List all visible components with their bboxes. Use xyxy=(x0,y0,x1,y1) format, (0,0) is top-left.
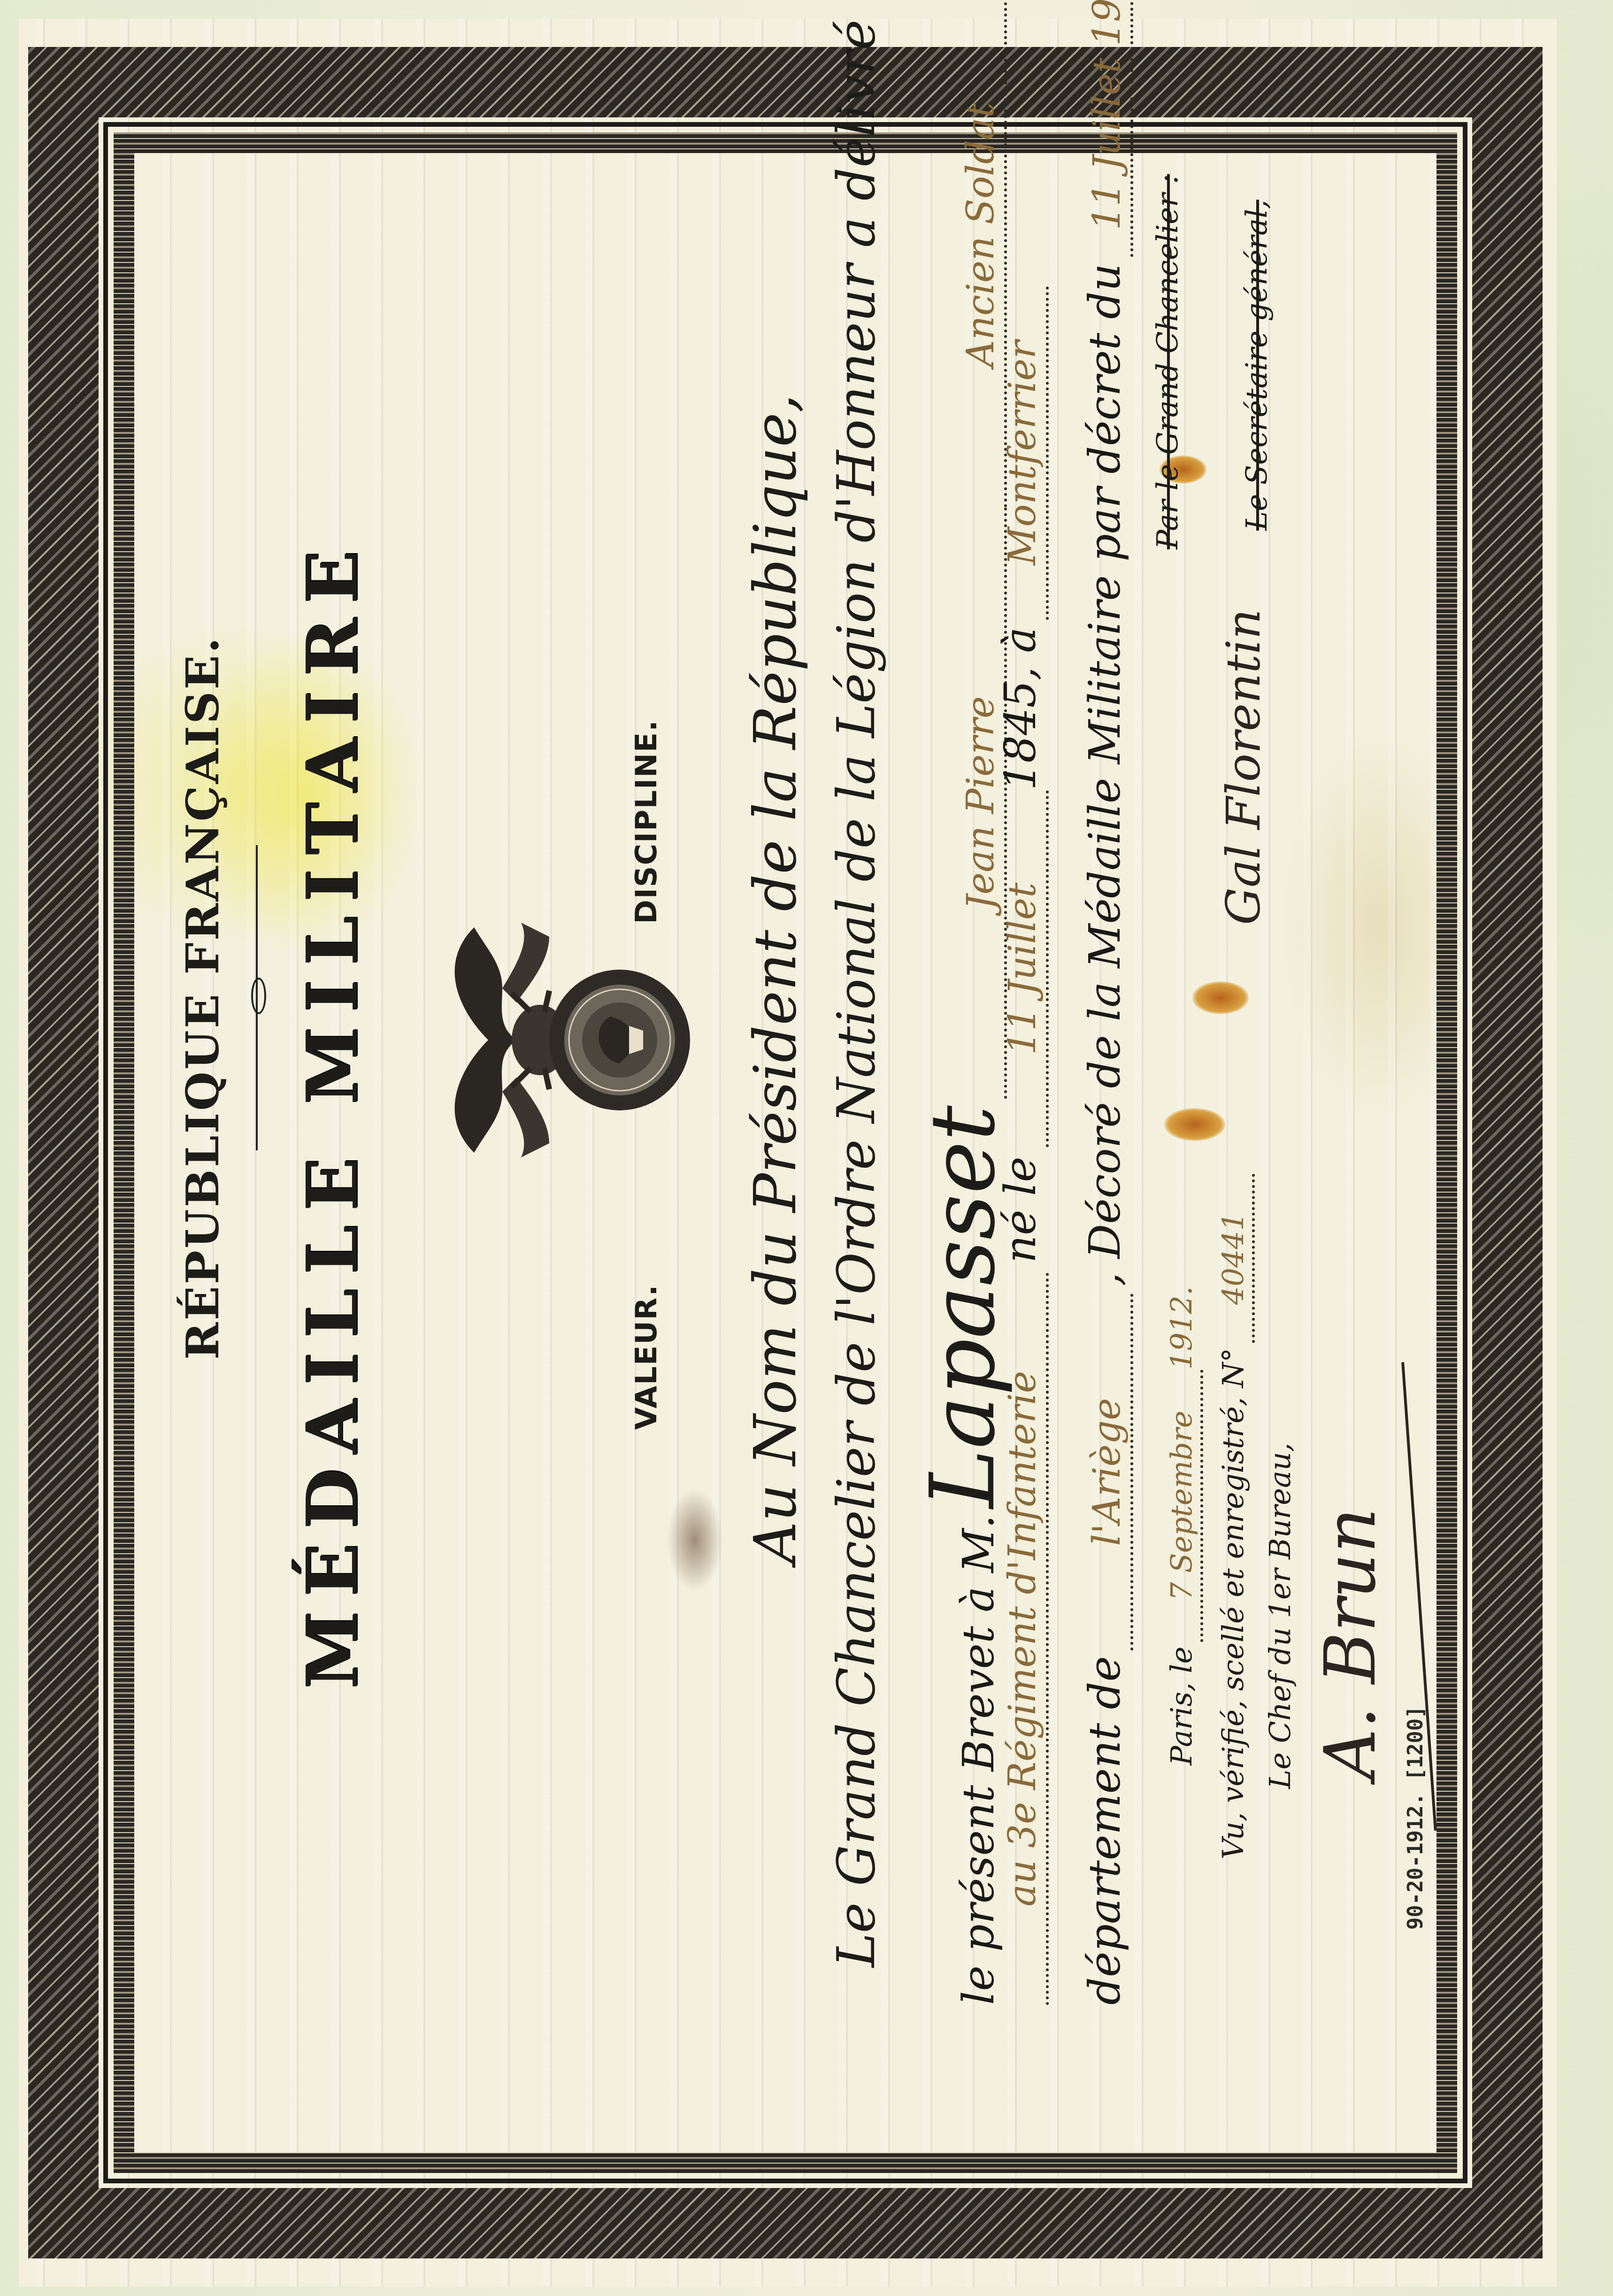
birth-year: 1845 xyxy=(995,680,1045,790)
medal-emblem-icon xyxy=(408,894,699,1186)
decoration-text: , Décoré de la Médaille Militaire par dé… xyxy=(1080,263,1130,1286)
secretary-label: Le Secrétaire général, xyxy=(1239,200,1274,531)
bureau-signature: A. Brun xyxy=(1310,1508,1391,1780)
chancellor-label: Par le Grand Chancelier : xyxy=(1150,174,1184,549)
department: l'Ariège xyxy=(1085,1294,1133,1650)
place-label: Paris, le xyxy=(1164,1647,1198,1765)
decree-date: 11 Juillet 1912 xyxy=(1085,0,1133,257)
secretary-signature: Gal Florentin xyxy=(1216,609,1271,925)
born-label: né le xyxy=(995,1156,1045,1263)
birthplace: Montferrier xyxy=(1000,286,1049,620)
at-label: , à xyxy=(995,627,1045,680)
birth-day-month: 11 Juillet xyxy=(1000,790,1049,1147)
issue-date: 7 Septembre xyxy=(1164,1370,1203,1642)
bureau-label: Le Chef du 1er Bureau, xyxy=(1263,1442,1297,1789)
registration-line: Vu, vérifié, scellé et enregistré, N° 40… xyxy=(1216,1174,1255,1859)
rust-stain xyxy=(1192,981,1249,1014)
issue-year: 1912. xyxy=(1164,1286,1198,1370)
grand-chancellor-line: Le Grand Chancelier de l'Ordre National … xyxy=(826,20,886,1967)
invocation-line: Au Nom du Président de la République, xyxy=(742,394,809,1564)
republic-heading: RÉPUBLIQUE FRANÇAISE. xyxy=(176,636,229,1360)
registration-number: 40441 xyxy=(1216,1174,1255,1343)
certificate: RÉPUBLIQUE FRANÇAISE. MÉDAILLE MILITAIRE… xyxy=(0,0,1613,2296)
decoration-line: département de l'Ariège , Décoré de la M… xyxy=(1080,0,1133,2005)
motto-valeur: VALEUR. xyxy=(629,1284,663,1430)
place-date-line: Paris, le 7 Septembre 1912. xyxy=(1164,1286,1203,1765)
regiment: au 3e Régiment d'Infanterie xyxy=(1000,1272,1049,2005)
rust-stain xyxy=(1164,1108,1225,1141)
dirt-stain xyxy=(667,1488,723,1592)
department-label: département de xyxy=(1080,1656,1130,2005)
birth-line: au 3e Régiment d'Infanterie né le 11 Jui… xyxy=(995,286,1049,2005)
ornamental-rule xyxy=(256,845,258,1150)
registration-label: Vu, vérifié, scellé et enregistré, N° xyxy=(1216,1348,1250,1859)
motto-discipline: DISCIPLINE. xyxy=(629,719,663,924)
document-title: MÉDAILLE MILITAIRE xyxy=(291,536,374,1689)
printer-mark: 90-20-1912. [1200] xyxy=(1404,1706,1428,1930)
